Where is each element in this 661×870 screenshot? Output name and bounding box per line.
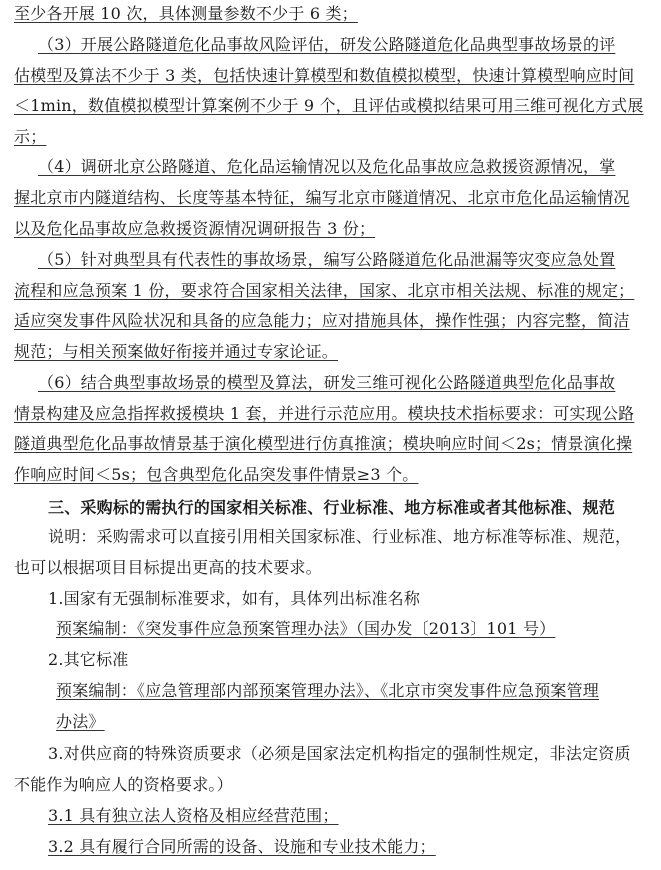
subheading-other-standards: 2.其它标准 (48, 650, 128, 670)
text-line: 隧道典型危化品事故情景基于演化模型进行仿真推演；模块响应时间＜2s；情景演化操 (14, 434, 632, 454)
text-line-req-measure: 至少各开展 10 次，具体测量参数不少于 6 类； (14, 4, 358, 24)
text-line-other-standard: 预案编制：《应急管理部内部预案管理办法》、《北京市突发事件应急预案管理 (56, 681, 599, 701)
subheading-supplier-qualification: 3.对供应商的特殊资质要求（必须是国家法定机构指定的强制性规定，非法定资质 (48, 744, 631, 764)
text-line: 也可以根据项目目标提出更高的技术要求。 (14, 558, 322, 578)
text-line-qualification-3-2: 3.2 具有履行合同所需的设备、设施和专业技术能力； (48, 837, 436, 857)
text-line: 不能作为响应人的资格要求。） (14, 775, 233, 795)
text-line: 适应突发事件风险状况和具备的应急能力；应对措施具体，操作性强；内容完整，简洁 (14, 311, 630, 331)
text-line-qualification-3-1: 3.1 具有独立法人资格及相应经营范围； (48, 806, 339, 826)
text-line-item-4: （4）调研北京公路隧道、危化品运输情况以及危化品事故应急救援资源情况，掌 (38, 157, 615, 177)
text-line-item-3: （3）开展公路隧道危化品事故风险评估，研发公路隧道危化品典型事故场景的评 (38, 35, 615, 55)
text-line: 作响应时间＜5s；包含典型危化品突发事件情景≥3 个。 (14, 465, 418, 485)
text-line-item-6: （6）结合典型事故场景的模型及算法，研发三维可视化公路隧道典型危化品事故 (38, 373, 615, 393)
subheading-national-standards: 1.国家有无强制标准要求，如有，具体列出标准名称 (48, 589, 420, 609)
text-line-national-standard: 预案编制：《突发事件应急预案管理办法》（国办发〔2013〕101 号） (56, 619, 555, 639)
text-line: 情景构建及应急指挥救援模块 1 套，并进行示范应用。模块技术指标要求：可实现公路 (14, 404, 634, 424)
text-line: ＜1min，数值模拟模型计算案例不少于 9 个，且评估或模拟结果可用三维可视化方… (14, 96, 644, 116)
text-line: 握北京市内隧道结构、长度等基本特征，编写北京市隧道情况、北京市危化品运输情况 (14, 188, 630, 208)
text-line: 估模型及算法不少于 3 类，包括快速计算模型和数值模拟模型，快速计算模型响应时间 (14, 66, 634, 86)
section-heading-standards: 三、采购标的需执行的国家相关标准、行业标准、地方标准或者其他标准、规范 (48, 498, 615, 518)
text-line: 以及危化品事故应急救援资源情况调研报告 3 份； (14, 219, 375, 239)
text-line: 示； (14, 127, 46, 147)
text-line-note: 说明：采购需求可以直接引用相关国家标准、行业标准、地方标准等标准、规范， (48, 527, 631, 547)
text-line-item-5: （5）针对典型具有代表性的事故场景，编写公路隧道危化品泄漏等灾变应急处置 (38, 250, 615, 270)
text-line: 流程和应急预案 1 份，要求符合国家相关法律，国家、北京市相关法规、标准的规定； (14, 281, 634, 301)
document-page: 至少各开展 10 次，具体测量参数不少于 6 类； （3）开展公路隧道危化品事故… (0, 0, 661, 870)
text-line: 办法》 (56, 712, 275, 732)
text-line: 规范；与相关预案做好衔接并通过专家论证。 (14, 342, 338, 362)
